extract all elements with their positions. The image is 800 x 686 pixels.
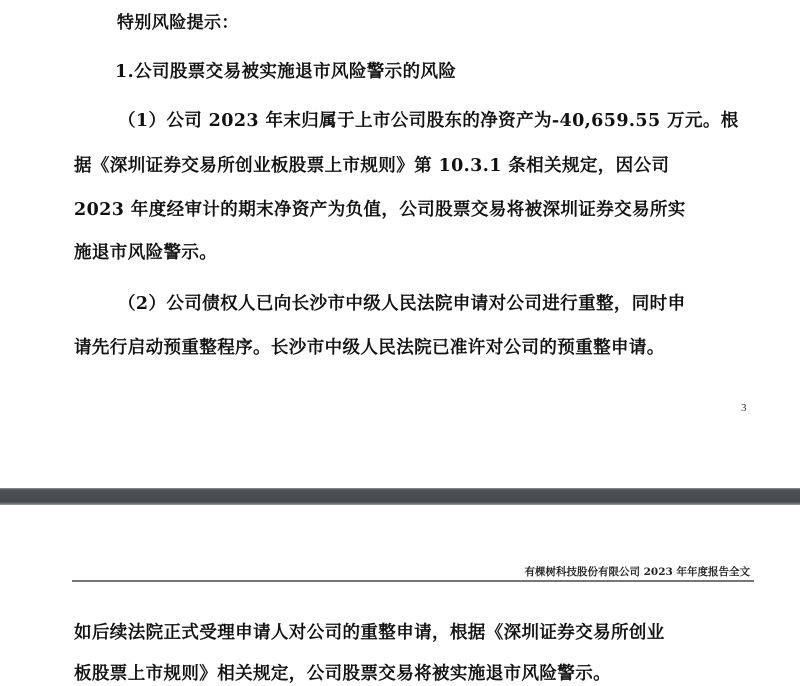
document-page-3: 特别风险提示： 1.公司股票交易被实施退市风险警示的风险 （1）公司 2023 … [0, 0, 800, 488]
section-title: 特别风险提示： [117, 8, 239, 33]
page-separator [0, 488, 800, 505]
running-header: 有棵树科技股份有限公司 2023 年年度报告全文 [524, 564, 750, 579]
paragraph-line-2: 板股票上市规则》相关规定，公司股票交易将被实施退市风险警示。 [74, 660, 611, 685]
header-rule [72, 580, 754, 582]
paragraph-2-line-1: （2）公司债权人已向长沙市中级人民法院申请对公司进行重整，同时申 [118, 290, 685, 315]
page-number: 3 [741, 402, 747, 414]
paragraph-1-line-4: 施退市风险警示。 [74, 239, 217, 264]
paragraph-2-line-2: 请先行启动预重整程序。长沙市中级人民法院已准许对公司的预重整申请。 [74, 334, 665, 359]
paragraph-line-1: 如后续法院正式受理申请人对公司的重整申请，根据《深圳证券交易所创业 [74, 619, 665, 644]
paragraph-1-line-2: 据《深圳证券交易所创业板股票上市规则》第 10.3.1 条相关规定，因公司 [74, 152, 669, 177]
paragraph-1-line-1: （1）公司 2023 年末归属于上市公司股东的净资产为-40,659.55 万元… [118, 107, 739, 132]
paragraph-1-line-3: 2023 年度经审计的期末净资产为负值，公司股票交易将被深圳证券交易所实 [74, 196, 686, 221]
subsection-title: 1.公司股票交易被实施退市风险警示的风险 [115, 58, 456, 83]
document-page-4: 有棵树科技股份有限公司 2023 年年度报告全文 如后续法院正式受理申请人对公司… [0, 505, 800, 686]
